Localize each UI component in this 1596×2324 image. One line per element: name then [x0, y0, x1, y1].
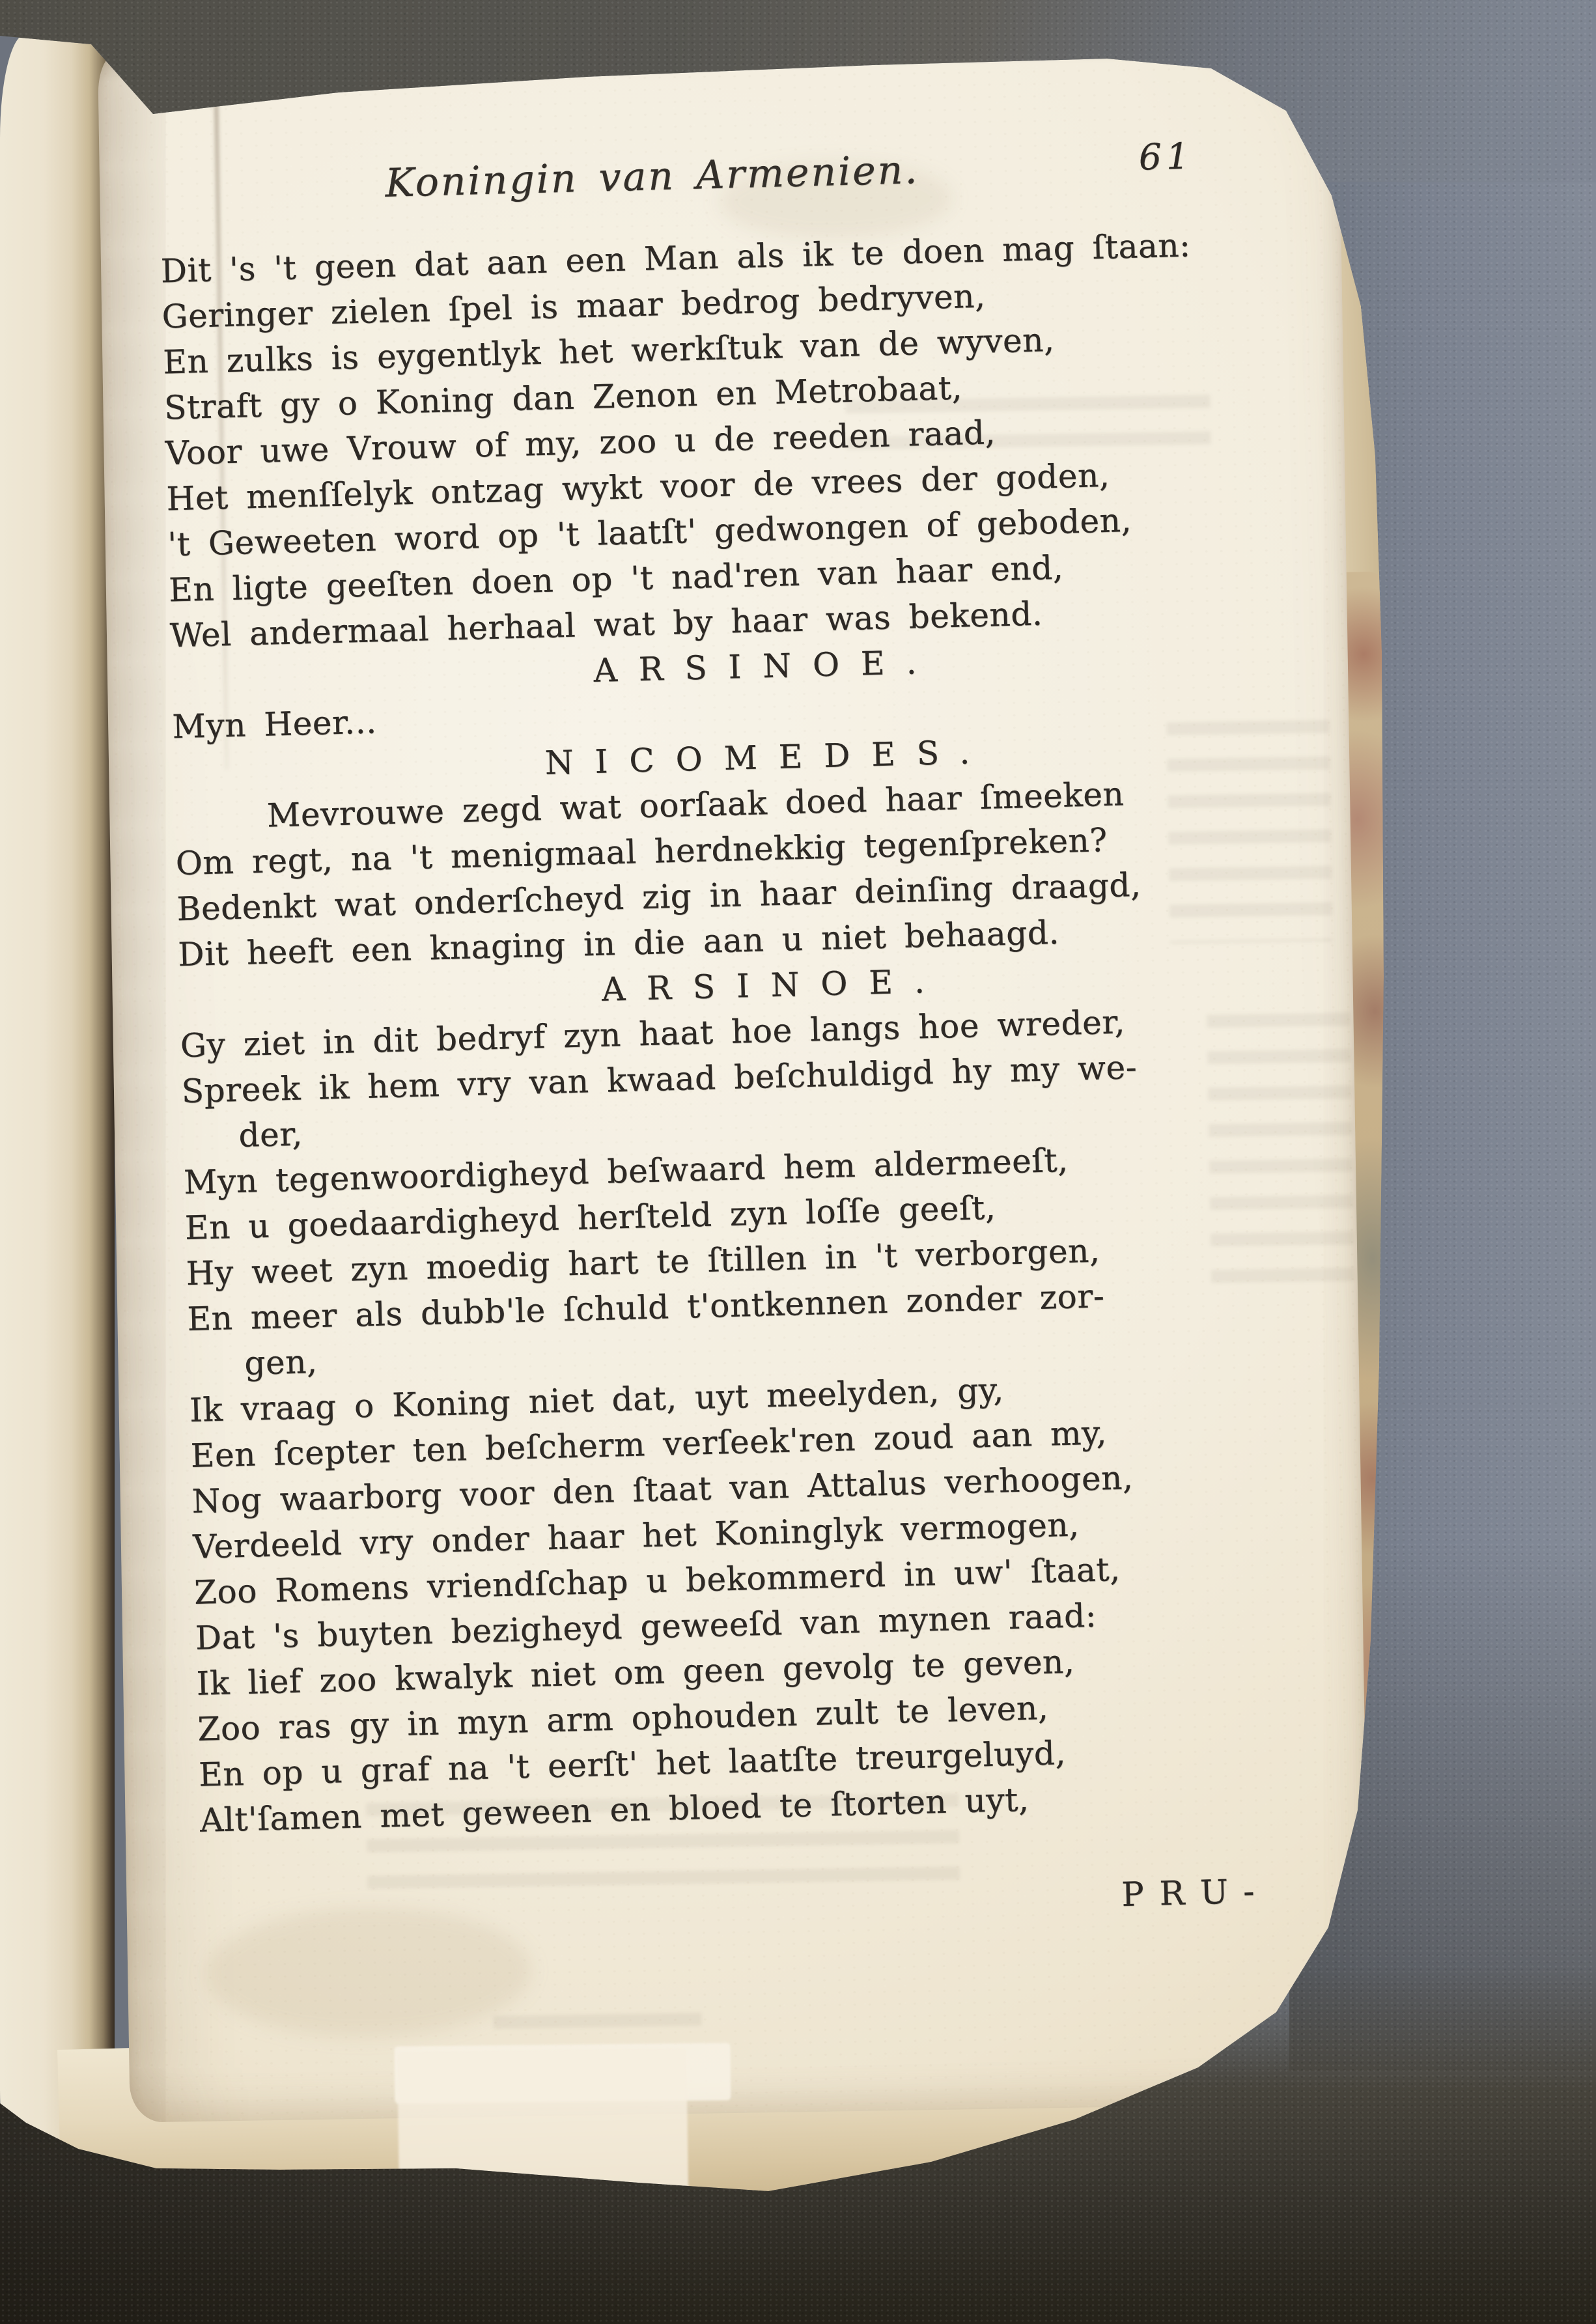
printed-text-block: Koningin van Armenien. 61 Dit 's 't geen… [158, 130, 1273, 1938]
running-title: Koningin van Armenien. [385, 147, 919, 206]
underlying-page-edges [0, 34, 115, 2168]
book-page: Koningin van Armenien. 61 Dit 's 't geen… [98, 36, 1371, 2123]
photo-scene: Koningin van Armenien. 61 Dit 's 't geen… [0, 0, 1596, 2324]
verse-block: Dit 's 't geen dat aan een Man als ik te… [160, 221, 1270, 1843]
page-number: 61 [1138, 135, 1194, 178]
